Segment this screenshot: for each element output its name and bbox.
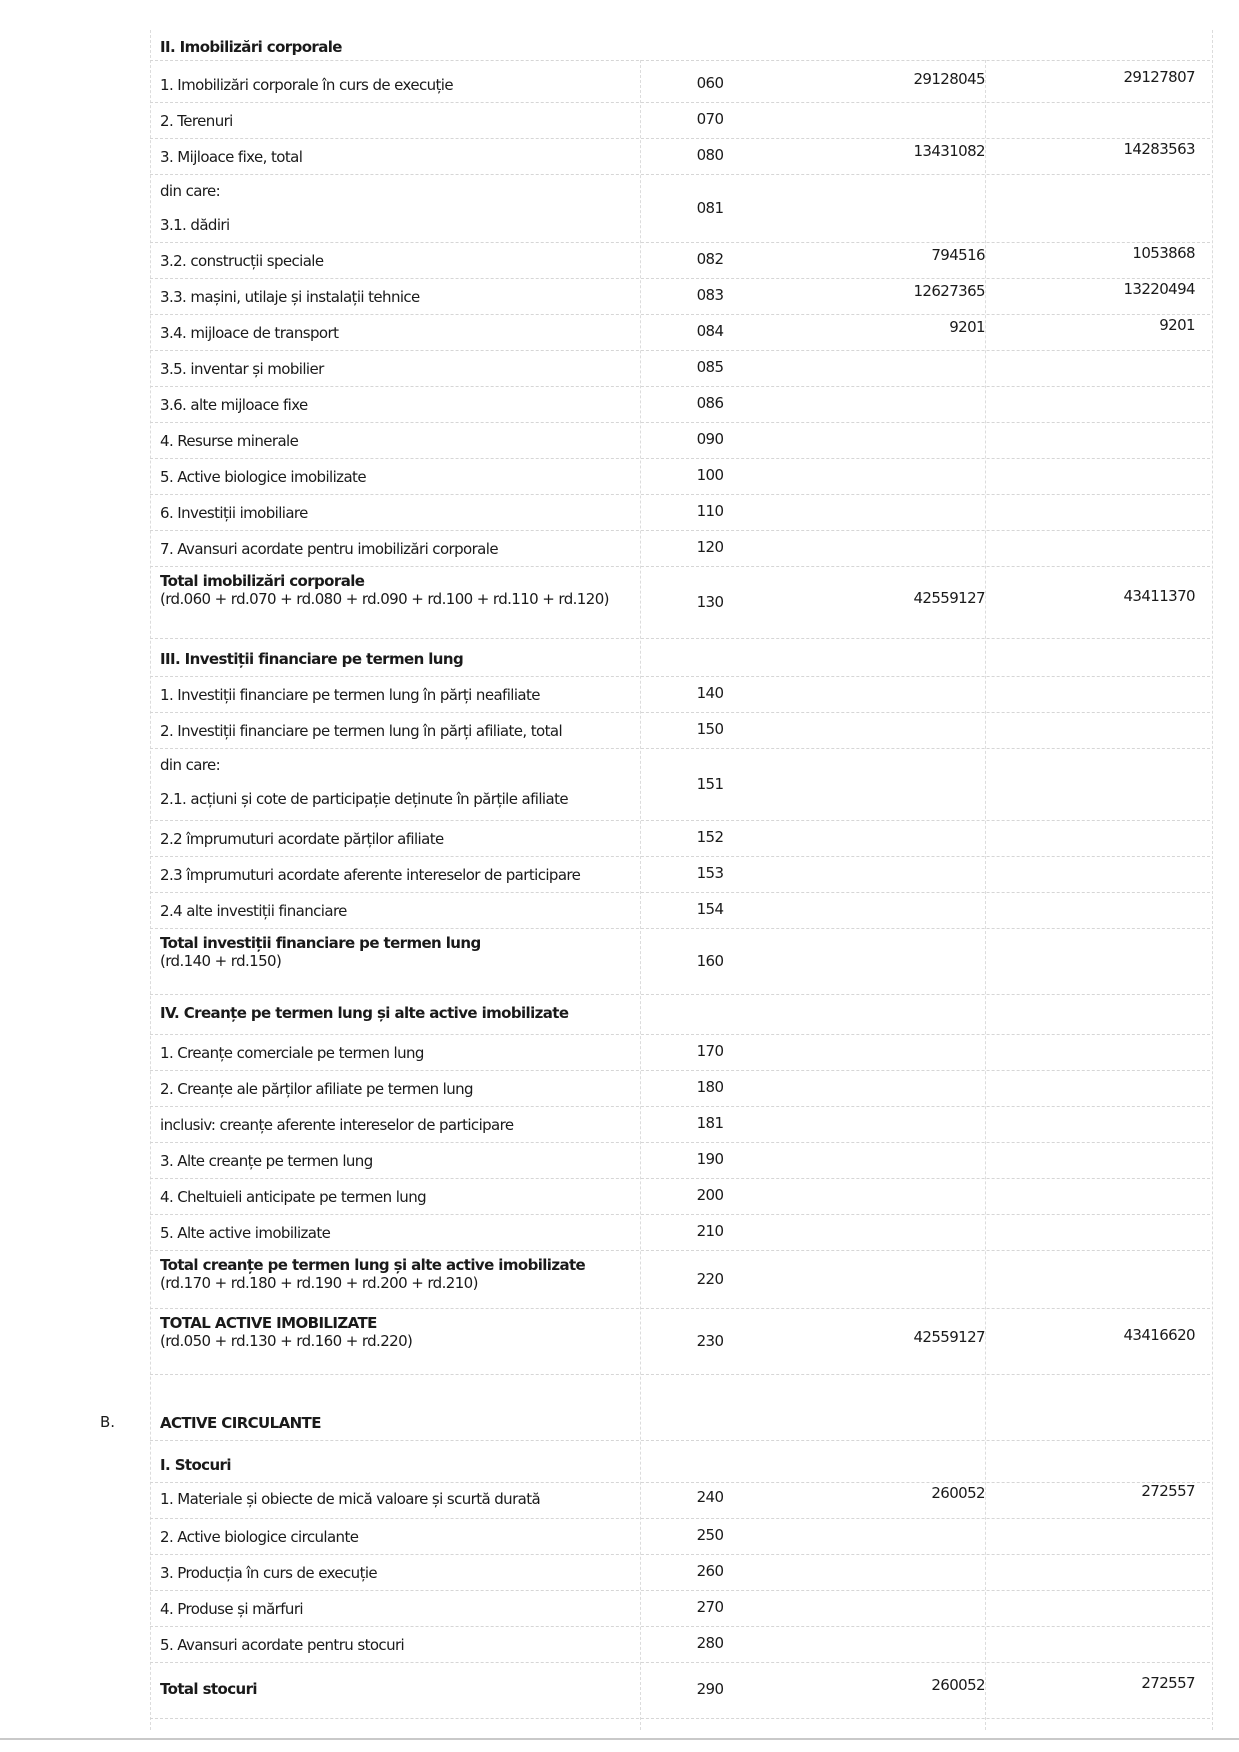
row-code: 152 — [650, 820, 770, 856]
amount-previous-year — [770, 1626, 995, 1662]
row-code: 083 — [650, 278, 770, 314]
row-code: 280 — [650, 1626, 770, 1662]
amount-current-year — [995, 676, 1210, 712]
table-row: 5. Alte active imobilizate210 — [150, 1214, 1210, 1251]
section-heading-row: I. Stocuri — [150, 1446, 1210, 1483]
row-label: Total investiții financiare pe termen lu… — [160, 928, 640, 994]
row-code: 230 — [650, 1308, 770, 1374]
amount-current-year — [995, 1214, 1210, 1250]
amount-previous-year — [770, 28, 995, 60]
row-label: 4. Resurse minerale — [160, 422, 640, 458]
amount-previous-year: 9201 — [770, 314, 995, 350]
row-code — [650, 640, 770, 676]
row-label: Total stocuri — [160, 1662, 640, 1718]
amount-previous-year: 260052 — [770, 1662, 995, 1718]
amount-current-year — [995, 28, 1210, 60]
amount-previous-year: 794516 — [770, 242, 995, 278]
total-formula: (rd.060 + rd.070 + rd.080 + rd.090 + rd.… — [160, 590, 640, 608]
row-label: inclusiv: creanțe aferente intereselor d… — [160, 1106, 640, 1142]
table-row: 5. Active biologice imobilizate100 — [150, 458, 1210, 495]
amount-previous-year — [770, 892, 995, 928]
amount-previous-year — [770, 1142, 995, 1178]
amount-previous-year — [770, 640, 995, 676]
row-code: 153 — [650, 856, 770, 892]
row-label: din care:2.1. acțiuni și cote de partici… — [160, 748, 640, 820]
row-label: 5. Avansuri acordate pentru stocuri — [160, 1626, 640, 1662]
total-row: Total stocuri290260052272557 — [150, 1662, 1210, 1719]
amount-current-year — [995, 1250, 1210, 1308]
amount-current-year: 272557 — [995, 1480, 1210, 1518]
amount-previous-year — [770, 1070, 995, 1106]
amount-current-year: 43411370 — [995, 566, 1210, 638]
total-row: TOTAL ACTIVE IMOBILIZATE(rd.050 + rd.130… — [150, 1308, 1210, 1375]
table-row: 3.3. mașini, utilaje și instalații tehni… — [150, 278, 1210, 315]
row-code: 250 — [650, 1518, 770, 1554]
total-label: Total investiții financiare pe termen lu… — [160, 934, 640, 952]
table-row: 1. Investiții financiare pe termen lung … — [150, 676, 1210, 713]
amount-previous-year — [770, 422, 995, 458]
total-row: Total imobilizări corporale(rd.060 + rd.… — [150, 566, 1210, 639]
row-label: III. Investiții financiare pe termen lun… — [160, 640, 640, 676]
amount-current-year — [995, 458, 1210, 494]
row-code — [650, 994, 770, 1034]
amount-current-year — [995, 1446, 1210, 1482]
row-code: 190 — [650, 1142, 770, 1178]
amount-current-year — [995, 1626, 1210, 1662]
table-row: 5. Avansuri acordate pentru stocuri280 — [150, 1626, 1210, 1663]
row-code — [650, 1404, 770, 1440]
section-heading-row: ACTIVE CIRCULANTE — [150, 1404, 1210, 1441]
column-divider-right — [1212, 30, 1213, 1730]
amount-current-year — [995, 892, 1210, 928]
row-label: II. Imobilizări corporale — [160, 28, 640, 60]
amount-previous-year — [770, 1518, 995, 1554]
section-heading-row: II. Imobilizări corporale — [150, 28, 1210, 61]
row-label: 4. Produse și mărfuri — [160, 1590, 640, 1626]
row-code: 086 — [650, 386, 770, 422]
table-row: 2. Active biologice circulante250 — [150, 1518, 1210, 1555]
row-label: Total imobilizări corporale(rd.060 + rd.… — [160, 566, 640, 638]
row-label: Total creanțe pe termen lung și alte act… — [160, 1250, 640, 1308]
table-row: 1. Materiale și obiecte de mică valoare … — [150, 1480, 1210, 1519]
table-row: 3.6. alte mijloace fixe086 — [150, 386, 1210, 423]
row-label: TOTAL ACTIVE IMOBILIZATE(rd.050 + rd.130… — [160, 1308, 640, 1374]
amount-previous-year — [770, 1590, 995, 1626]
table-row: 2.2 împrumuturi acordate părților afilia… — [150, 820, 1210, 857]
table-row: 6. Investiții imobiliare110 — [150, 494, 1210, 531]
amount-current-year — [995, 748, 1210, 820]
row-code: 220 — [650, 1250, 770, 1308]
row-label: 2. Creanțe ale părților afiliate pe term… — [160, 1070, 640, 1106]
row-label: 3.5. inventar și mobilier — [160, 350, 640, 386]
row-label: IV. Creanțe pe termen lung și alte activ… — [160, 994, 640, 1034]
table-row: 1. Creanțe comerciale pe termen lung170 — [150, 1034, 1210, 1071]
row-code: 260 — [650, 1554, 770, 1590]
amount-previous-year: 29128045 — [770, 66, 995, 102]
row-label-sub: 2.1. acțiuni și cote de participație deț… — [160, 790, 640, 808]
row-code: 110 — [650, 494, 770, 530]
amount-current-year — [995, 1590, 1210, 1626]
row-code: 270 — [650, 1590, 770, 1626]
amount-previous-year — [770, 1250, 995, 1308]
table-row: 2.4 alte investiții financiare154 — [150, 892, 1210, 929]
amount-previous-year — [770, 350, 995, 386]
row-code: 120 — [650, 530, 770, 566]
row-label: 5. Active biologice imobilizate — [160, 458, 640, 494]
row-code: 170 — [650, 1034, 770, 1070]
row-label: 3. Mijloace fixe, total — [160, 138, 640, 174]
row-label-intro: din care: — [160, 756, 640, 774]
row-code: 080 — [650, 138, 770, 174]
amount-current-year: 13220494 — [995, 278, 1210, 314]
row-label: I. Stocuri — [160, 1446, 640, 1482]
table-row: din care:3.1. dădiri081 — [150, 174, 1210, 243]
amount-current-year — [995, 820, 1210, 856]
page-bottom-edge — [0, 1738, 1239, 1740]
row-label-sub: 3.1. dădiri — [160, 216, 640, 234]
amount-previous-year — [770, 102, 995, 138]
row-label: 6. Investiții imobiliare — [160, 494, 640, 530]
amount-previous-year — [770, 994, 995, 1034]
row-label: 3.4. mijloace de transport — [160, 314, 640, 350]
amount-current-year — [995, 928, 1210, 994]
amount-current-year — [995, 1518, 1210, 1554]
amount-current-year: 14283563 — [995, 138, 1210, 174]
section-heading-row: III. Investiții financiare pe termen lun… — [150, 640, 1210, 677]
amount-current-year — [995, 1404, 1210, 1440]
row-label: 3. Alte creanțe pe termen lung — [160, 1142, 640, 1178]
amount-previous-year — [770, 1404, 995, 1440]
amount-previous-year — [770, 820, 995, 856]
total-label: Total imobilizări corporale — [160, 572, 640, 590]
amount-current-year — [995, 1142, 1210, 1178]
row-code: 070 — [650, 102, 770, 138]
row-code: 085 — [650, 350, 770, 386]
row-code: 060 — [650, 66, 770, 102]
table-row: 2. Terenuri070 — [150, 102, 1210, 139]
section-letter-b: B. — [100, 1413, 115, 1431]
amount-current-year — [995, 386, 1210, 422]
total-label: TOTAL ACTIVE IMOBILIZATE — [160, 1314, 640, 1332]
row-label: 1. Investiții financiare pe termen lung … — [160, 676, 640, 712]
row-code: 150 — [650, 712, 770, 748]
amount-current-year — [995, 494, 1210, 530]
table-row: inclusiv: creanțe aferente intereselor d… — [150, 1106, 1210, 1143]
table-row: 3. Mijloace fixe, total08013431082142835… — [150, 138, 1210, 175]
total-row: Total creanțe pe termen lung și alte act… — [150, 1250, 1210, 1309]
table-row: 7. Avansuri acordate pentru imobilizări … — [150, 530, 1210, 567]
amount-current-year — [995, 1034, 1210, 1070]
amount-current-year — [995, 856, 1210, 892]
total-row: Total investiții financiare pe termen lu… — [150, 928, 1210, 995]
amount-current-year: 29127807 — [995, 66, 1210, 102]
total-formula: (rd.050 + rd.130 + rd.160 + rd.220) — [160, 1332, 640, 1350]
row-code: 240 — [650, 1480, 770, 1518]
amount-current-year — [995, 1554, 1210, 1590]
amount-previous-year — [770, 458, 995, 494]
table-row: 4. Resurse minerale090 — [150, 422, 1210, 459]
table-row: din care:2.1. acțiuni și cote de partici… — [150, 748, 1210, 821]
row-code: 084 — [650, 314, 770, 350]
row-code: 090 — [650, 422, 770, 458]
amount-previous-year — [770, 712, 995, 748]
row-label: 2. Investiții financiare pe termen lung … — [160, 712, 640, 748]
row-code: 160 — [650, 928, 770, 994]
amount-previous-year — [770, 928, 995, 994]
row-label: 4. Cheltuieli anticipate pe termen lung — [160, 1178, 640, 1214]
total-formula: (rd.170 + rd.180 + rd.190 + rd.200 + rd.… — [160, 1274, 640, 1292]
table-row: 4. Produse și mărfuri270 — [150, 1590, 1210, 1627]
table-row: 1. Imobilizări corporale în curs de exec… — [150, 66, 1210, 103]
row-code: 154 — [650, 892, 770, 928]
section-heading-row: IV. Creanțe pe termen lung și alte activ… — [150, 994, 1210, 1035]
amount-current-year — [995, 530, 1210, 566]
amount-current-year — [995, 1178, 1210, 1214]
row-label-intro: din care: — [160, 182, 640, 200]
row-label: 3.3. mașini, utilaje și instalații tehni… — [160, 278, 640, 314]
amount-previous-year: 42559127 — [770, 566, 995, 638]
total-label: Total creanțe pe termen lung și alte act… — [160, 1256, 640, 1274]
row-code: 081 — [650, 174, 770, 242]
row-label: 1. Imobilizări corporale în curs de exec… — [160, 66, 640, 102]
table-row: 3.4. mijloace de transport08492019201 — [150, 314, 1210, 351]
row-code — [650, 28, 770, 60]
total-formula: (rd.140 + rd.150) — [160, 952, 640, 970]
row-code: 082 — [650, 242, 770, 278]
amount-current-year — [995, 1070, 1210, 1106]
row-label: 2.3 împrumuturi acordate aferente intere… — [160, 856, 640, 892]
amount-previous-year — [770, 1214, 995, 1250]
row-code: 130 — [650, 566, 770, 638]
amount-previous-year: 42559127 — [770, 1308, 995, 1374]
row-code: 100 — [650, 458, 770, 494]
balance-sheet-page: II. Imobilizări corporale1. Imobilizări … — [0, 0, 1239, 1752]
row-code: 200 — [650, 1178, 770, 1214]
amount-current-year: 272557 — [995, 1662, 1210, 1718]
amount-current-year: 1053868 — [995, 242, 1210, 278]
amount-previous-year — [770, 676, 995, 712]
amount-current-year: 9201 — [995, 314, 1210, 350]
row-label: 5. Alte active imobilizate — [160, 1214, 640, 1250]
table-row: 2. Investiții financiare pe termen lung … — [150, 712, 1210, 749]
amount-previous-year — [770, 386, 995, 422]
row-label: 2.4 alte investiții financiare — [160, 892, 640, 928]
table-row: 2. Creanțe ale părților afiliate pe term… — [150, 1070, 1210, 1107]
table-row: 3. Producția în curs de execuție260 — [150, 1554, 1210, 1591]
row-label: 2.2 împrumuturi acordate părților afilia… — [160, 820, 640, 856]
table-row: 2.3 împrumuturi acordate aferente intere… — [150, 856, 1210, 893]
row-label: 2. Terenuri — [160, 102, 640, 138]
row-code: 181 — [650, 1106, 770, 1142]
amount-previous-year — [770, 748, 995, 820]
amount-previous-year — [770, 1178, 995, 1214]
table-row: 3. Alte creanțe pe termen lung190 — [150, 1142, 1210, 1179]
amount-current-year — [995, 994, 1210, 1034]
amount-previous-year: 13431082 — [770, 138, 995, 174]
amount-current-year: 43416620 — [995, 1308, 1210, 1374]
amount-current-year — [995, 1106, 1210, 1142]
row-label: 2. Active biologice circulante — [160, 1518, 640, 1554]
row-label: 7. Avansuri acordate pentru imobilizări … — [160, 530, 640, 566]
table-row: 3.2. construcții speciale082794516105386… — [150, 242, 1210, 279]
amount-current-year — [995, 422, 1210, 458]
amount-previous-year — [770, 1554, 995, 1590]
row-label: 3.6. alte mijloace fixe — [160, 386, 640, 422]
amount-previous-year — [770, 856, 995, 892]
amount-previous-year — [770, 494, 995, 530]
row-code: 290 — [650, 1662, 770, 1718]
row-label: 1. Materiale și obiecte de mică valoare … — [160, 1480, 640, 1518]
row-code: 140 — [650, 676, 770, 712]
row-code — [650, 1446, 770, 1482]
amount-previous-year — [770, 1034, 995, 1070]
amount-current-year — [995, 350, 1210, 386]
row-label: ACTIVE CIRCULANTE — [160, 1404, 640, 1440]
amount-previous-year — [770, 1446, 995, 1482]
row-code: 210 — [650, 1214, 770, 1250]
amount-current-year — [995, 712, 1210, 748]
amount-current-year — [995, 640, 1210, 676]
row-code: 151 — [650, 748, 770, 820]
amount-current-year — [995, 174, 1210, 242]
amount-previous-year: 12627365 — [770, 278, 995, 314]
amount-previous-year — [770, 1106, 995, 1142]
row-label: 1. Creanțe comerciale pe termen lung — [160, 1034, 640, 1070]
table-row: 4. Cheltuieli anticipate pe termen lung2… — [150, 1178, 1210, 1215]
amount-previous-year — [770, 174, 995, 242]
amount-previous-year — [770, 530, 995, 566]
row-label: 3.2. construcții speciale — [160, 242, 640, 278]
amount-previous-year: 260052 — [770, 1480, 995, 1518]
amount-current-year — [995, 102, 1210, 138]
table-row: 3.5. inventar și mobilier085 — [150, 350, 1210, 387]
row-label: din care:3.1. dădiri — [160, 174, 640, 242]
row-code: 180 — [650, 1070, 770, 1106]
row-label: 3. Producția în curs de execuție — [160, 1554, 640, 1590]
